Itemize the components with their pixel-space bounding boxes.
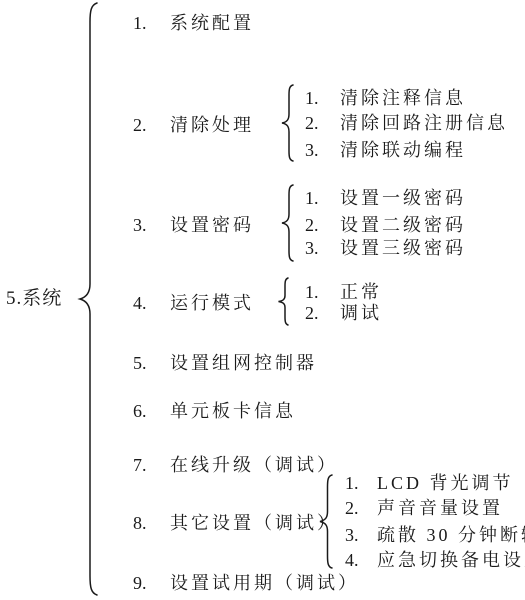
sub-brace-othersettings (317, 474, 334, 569)
menu-item-5: 5. 设置组网控制器 (133, 352, 317, 374)
submenu-item: 1. 清除注释信息 (305, 87, 466, 109)
item-label: 系统配置 (170, 12, 254, 34)
item-number: 1. (133, 12, 170, 34)
item-label: 清除处理 (170, 114, 254, 136)
item-number: 6. (133, 400, 170, 422)
item-label: 设置二级密码 (340, 214, 466, 236)
menu-item-3: 3. 设置密码 (133, 214, 254, 236)
submenu-item: 2. 调试 (305, 302, 382, 324)
item-label: 清除回路注册信息 (340, 112, 508, 134)
item-label: 声音音量设置 (377, 497, 503, 519)
item-label: 调试 (340, 302, 382, 324)
submenu-item: 3. 疏散 30 分钟断输出 (345, 524, 525, 546)
item-number: 7. (133, 454, 170, 476)
menu-item-8: 8. 其它设置（调试） (133, 512, 338, 534)
item-number: 4. (345, 549, 377, 571)
item-label: 应急切换备电设置 (377, 549, 525, 571)
item-number: 1. (345, 472, 377, 494)
submenu-item: 1. LCD 背光调节 (345, 472, 514, 494)
menu-item-1: 1. 系统配置 (133, 12, 254, 34)
item-number: 2. (305, 302, 340, 324)
item-number: 3. (345, 524, 377, 546)
item-label: 清除注释信息 (340, 87, 466, 109)
item-label: 运行模式 (170, 292, 254, 314)
item-label: 单元板卡信息 (170, 400, 296, 422)
item-number: 3. (305, 237, 340, 259)
item-label: 清除联动编程 (340, 139, 466, 161)
item-label: 设置三级密码 (340, 237, 466, 259)
sub-brace-runmode (276, 277, 290, 326)
item-number: 8. (133, 512, 170, 534)
item-number: 2. (305, 214, 340, 236)
menu-tree-diagram: 5.系统 1. 系统配置 2. 清除处理 3. 设置密码 4. 运行模式 5. … (0, 0, 525, 600)
item-label: LCD 背光调节 (377, 472, 514, 494)
item-number: 3. (305, 139, 340, 161)
submenu-item: 3. 清除联动编程 (305, 139, 466, 161)
submenu-item: 2. 声音音量设置 (345, 497, 503, 519)
item-label: 在线升级（调试） (170, 454, 338, 476)
item-number: 1. (305, 87, 340, 109)
menu-item-7: 7. 在线升级（调试） (133, 454, 338, 476)
item-number: 5. (133, 352, 170, 374)
menu-item-9: 9. 设置试用期（调试） (133, 572, 359, 594)
item-label: 疏散 30 分钟断输出 (377, 524, 525, 546)
item-number: 2. (345, 497, 377, 519)
item-label: 设置一级密码 (340, 187, 466, 209)
item-number: 1. (305, 281, 340, 303)
item-number: 3. (133, 214, 170, 236)
item-label: 设置试用期（调试） (170, 572, 359, 594)
item-label: 设置密码 (170, 214, 254, 236)
submenu-item: 1. 设置一级密码 (305, 187, 466, 209)
main-brace (76, 2, 100, 596)
sub-brace-clear (279, 84, 295, 162)
submenu-item: 3. 设置三级密码 (305, 237, 466, 259)
item-number: 9. (133, 572, 170, 594)
submenu-item: 2. 清除回路注册信息 (305, 112, 508, 134)
menu-item-2: 2. 清除处理 (133, 114, 254, 136)
item-label: 设置组网控制器 (170, 352, 317, 374)
menu-item-6: 6. 单元板卡信息 (133, 400, 296, 422)
item-number: 1. (305, 187, 340, 209)
root-node-label: 5.系统 (6, 288, 62, 310)
submenu-item: 2. 设置二级密码 (305, 214, 466, 236)
item-label: 其它设置（调试） (170, 512, 338, 534)
sub-brace-password (279, 184, 295, 262)
item-number: 2. (133, 114, 170, 136)
menu-item-4: 4. 运行模式 (133, 292, 254, 314)
item-label: 正常 (340, 281, 382, 303)
item-number: 2. (305, 112, 340, 134)
item-number: 4. (133, 292, 170, 314)
submenu-item: 1. 正常 (305, 281, 382, 303)
submenu-item: 4. 应急切换备电设置 (345, 549, 525, 571)
